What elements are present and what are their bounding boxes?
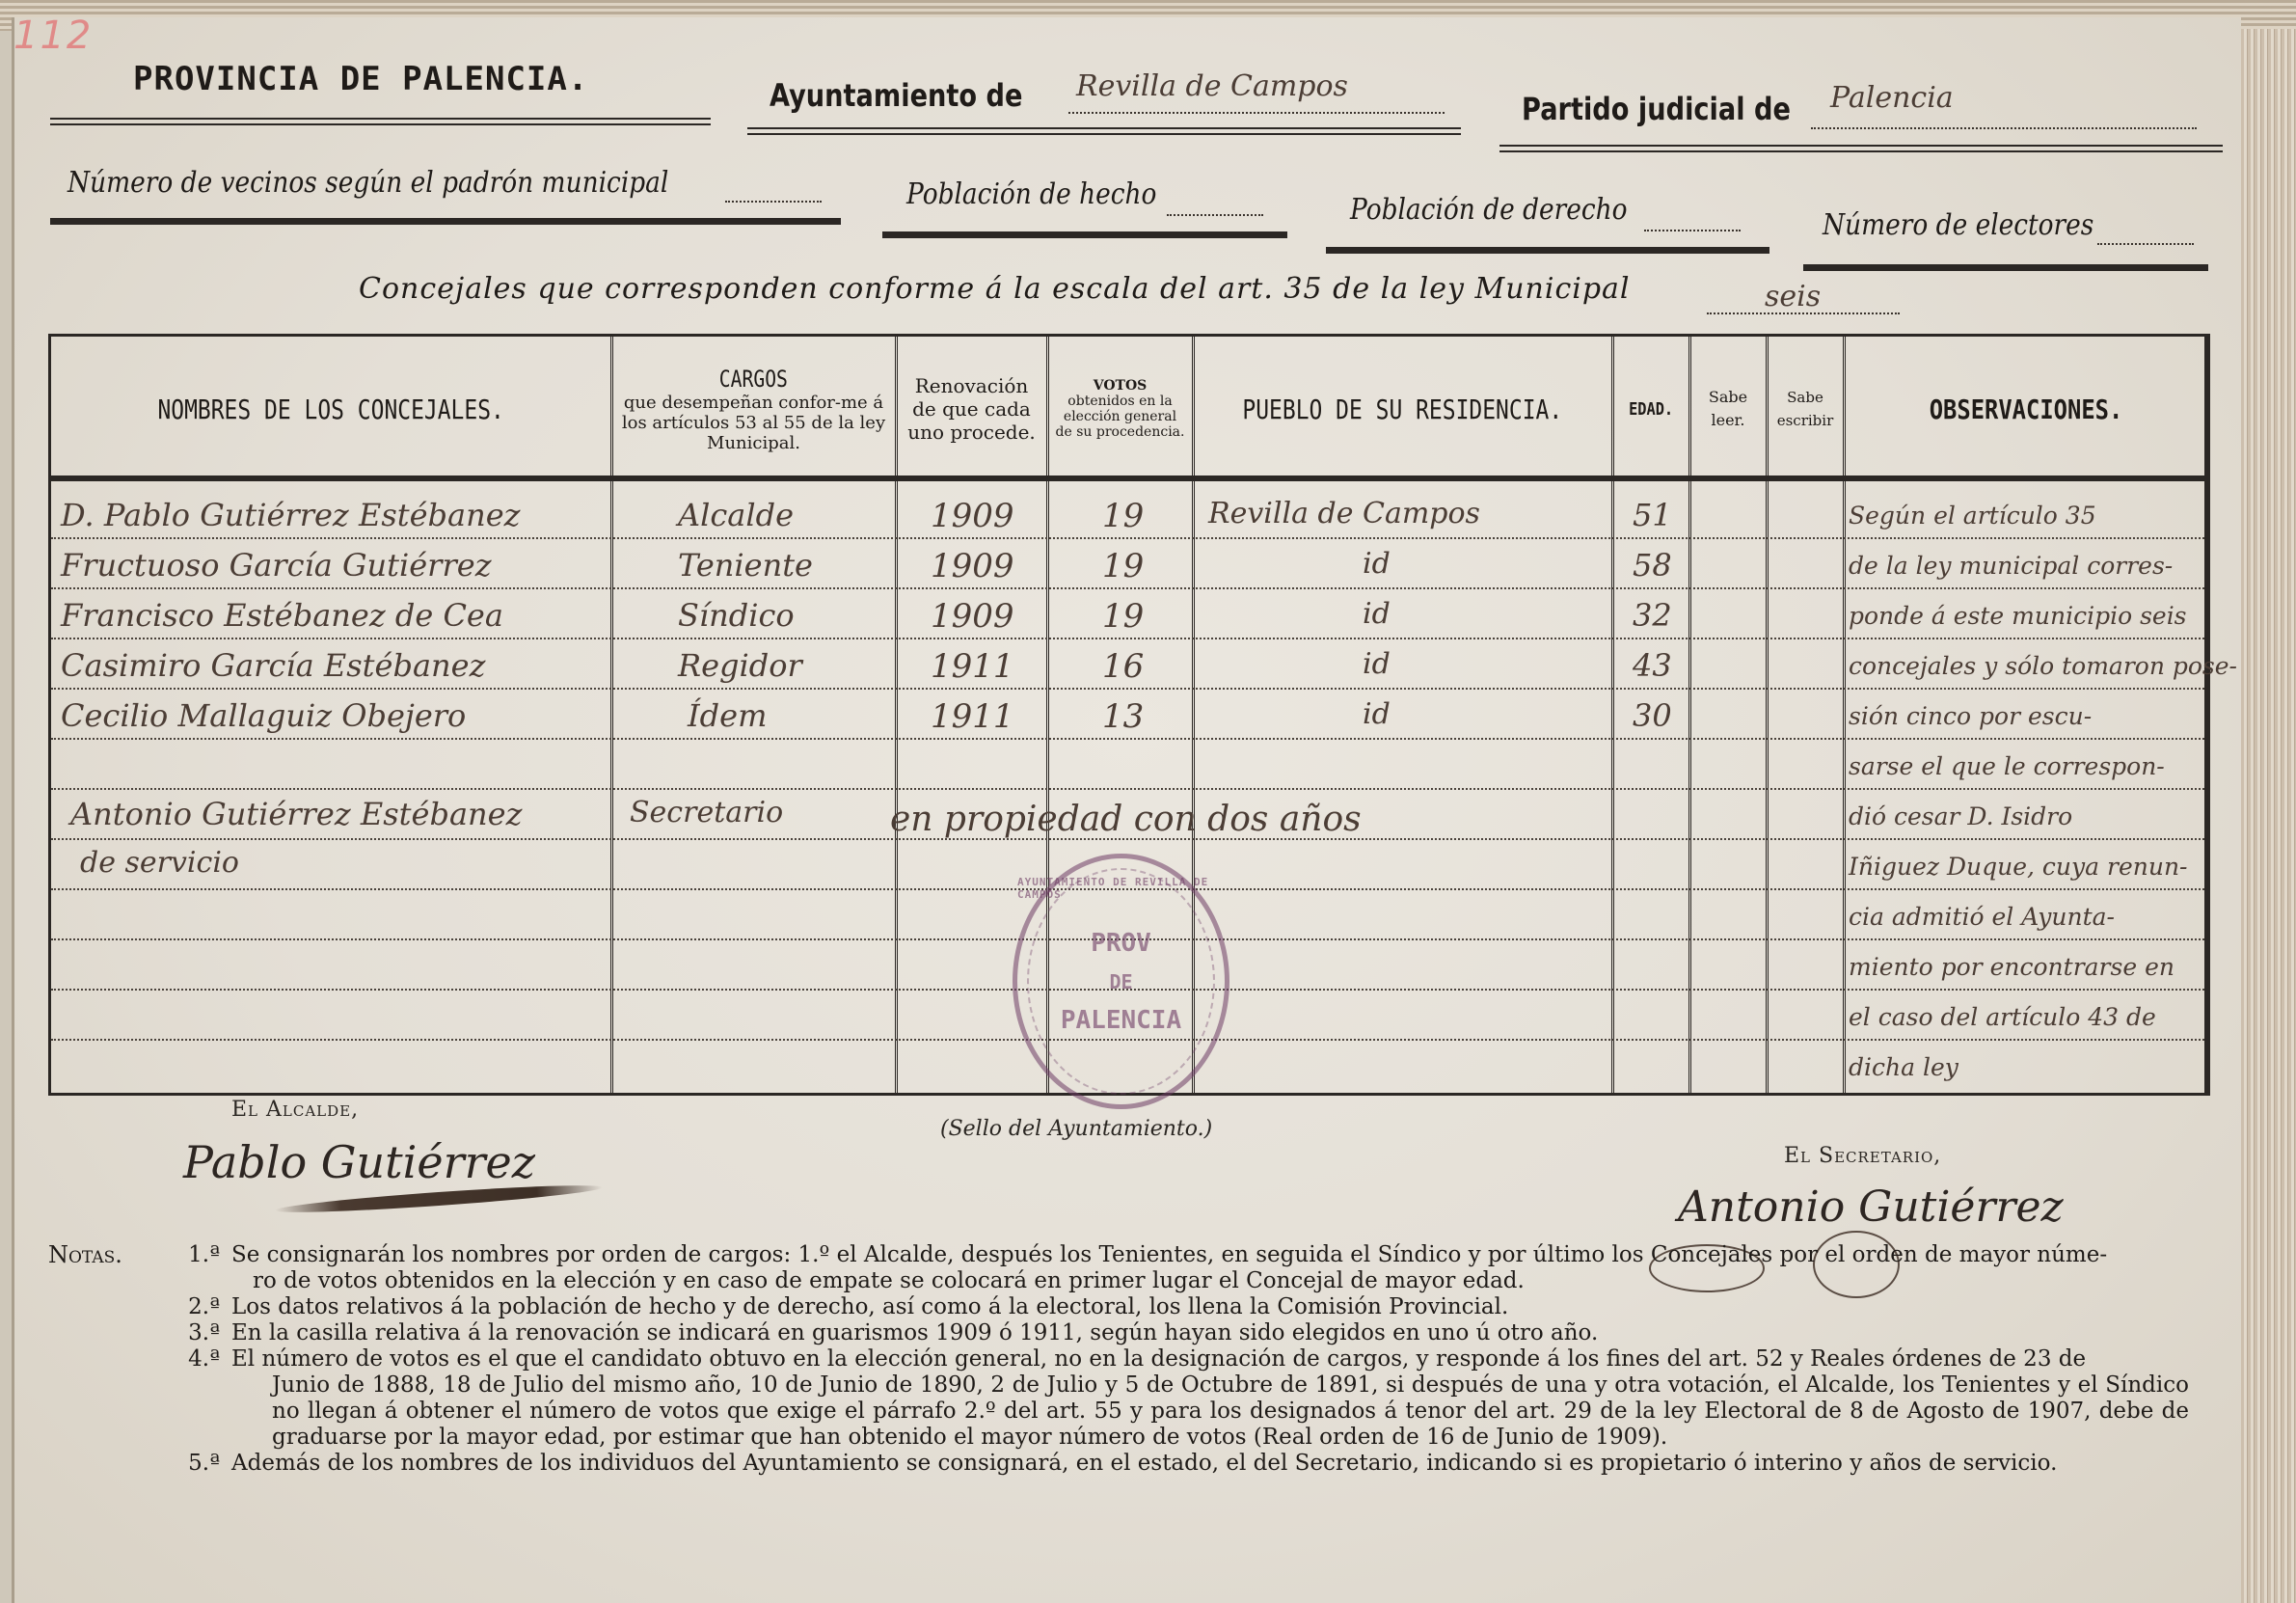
concejales-value: seis <box>1707 280 1821 313</box>
note-item: 5.ª Además de los nombres de los individ… <box>48 1451 2189 1477</box>
cell-secretario-detalle: en propiedad con dos años <box>890 800 1362 839</box>
cell-votos: 19 <box>1102 597 1144 636</box>
vecinos-field[interactable] <box>725 176 822 203</box>
observacion-line: miento por encontrarse en <box>1849 946 2205 996</box>
note-text: El número de votos es el que el candidat… <box>231 1346 2189 1372</box>
header-edad: EDAD. <box>1613 337 1688 481</box>
partido-label: Partido judicial de <box>1522 91 1791 127</box>
note-continuation: Junio de 1888, 18 de Julio del mismo año… <box>48 1372 2189 1451</box>
stamp-ring <box>1027 868 1215 1095</box>
observacion-line: de la ley municipal corres- <box>1849 545 2205 595</box>
header-pueblo: PUEBLO DE SU RESIDENCIA. <box>1194 337 1611 481</box>
cell-secretario-cargo: Secretario <box>630 796 783 829</box>
header-cargos: CARGOS que desempeñan confor-me á los ar… <box>612 337 895 481</box>
electores-field[interactable] <box>2097 218 2194 245</box>
observacion-line: Iñiguez Duque, cuya renun- <box>1849 846 2205 896</box>
cell-votos: 19 <box>1102 547 1144 585</box>
ayuntamiento-label: Ayuntamiento de <box>770 77 1022 114</box>
header-observaciones-text: OBSERVACIONES. <box>1930 394 2123 425</box>
cell-cargo: Teniente <box>678 547 813 584</box>
note-continuation: ro de votos obtenidos en la elección y e… <box>48 1268 2189 1294</box>
note-text: Se consignarán los nombres por orden de … <box>231 1242 2189 1268</box>
note-spacer <box>48 1320 164 1346</box>
cell-pueblo: Revilla de Campos <box>1208 497 1480 530</box>
poblacion-derecho-field[interactable] <box>1644 204 1741 231</box>
cell-renovacion: 1909 <box>931 547 1014 585</box>
cell-nombre: Fructuoso García Gutiérrez <box>61 547 492 584</box>
partido-value: Palencia <box>1811 81 1954 115</box>
cell-nombre: Casimiro García Estébanez <box>61 647 485 684</box>
observaciones-text: Según el artículo 35 de la ley municipal… <box>1849 495 2205 1097</box>
observacion-line: el caso del artículo 43 de <box>1849 996 2205 1046</box>
note-text: Además de los nombres de los individuos … <box>231 1451 2189 1477</box>
note-text: En la casilla relativa á la renovación s… <box>231 1320 2189 1346</box>
concejales-field[interactable]: seis <box>1707 280 1900 314</box>
ayuntamiento-field[interactable]: Revilla de Campos <box>1068 69 1445 114</box>
header-sabe-escribir: Sabe escribir <box>1768 337 1843 481</box>
cell-cargo: Regidor <box>678 647 802 684</box>
observacion-line: dicha ley <box>1849 1046 2205 1097</box>
header-sabe-leer: Sabe leer. <box>1690 337 1766 481</box>
cell-nombre: D. Pablo Gutiérrez Estébanez <box>61 497 521 533</box>
note-item: 2.ª Los datos relativos á la población d… <box>48 1294 2189 1320</box>
concejales-label: Concejales que corresponden conforme á l… <box>359 272 1631 306</box>
cell-cargo: Síndico <box>678 597 795 634</box>
cell-votos: 19 <box>1102 497 1144 535</box>
cell-secretario-servicio: de servicio <box>80 846 239 880</box>
sello-label: (Sello del Ayuntamiento.) <box>940 1117 1212 1141</box>
header-votos-title: VOTOS <box>1094 378 1148 394</box>
divider <box>882 231 1287 238</box>
header-renovacion-text: Renovación de que cada uno procede. <box>905 374 1039 444</box>
stamp-ring-text: AYUNTAMIENTO DE REVILLA DE CAMPOS <box>1017 876 1225 901</box>
note-spacer <box>48 1294 164 1320</box>
observacion-line: Según el artículo 35 <box>1849 495 2205 545</box>
note-number: 4.ª <box>164 1346 231 1372</box>
note-text: Los datos relativos á la población de he… <box>231 1294 2189 1320</box>
divider <box>1803 264 2208 271</box>
header-pueblo-text: PUEBLO DE SU RESIDENCIA. <box>1243 394 1563 425</box>
divider <box>50 218 841 225</box>
cell-renovacion: 1911 <box>931 647 1014 686</box>
note-number: 5.ª <box>164 1451 231 1477</box>
cell-edad: 51 <box>1633 497 1672 533</box>
header-votos: VOTOS obtenidos en la elección general d… <box>1048 337 1192 481</box>
note-number: 3.ª <box>164 1320 231 1346</box>
notes-section: Notas. 1.ª Se consignarán los nombres po… <box>48 1242 2189 1477</box>
cell-edad: 43 <box>1633 647 1672 684</box>
note-spacer <box>48 1346 164 1372</box>
ayuntamiento-value: Revilla de Campos <box>1068 69 1348 103</box>
header-edad-text: EDAD. <box>1629 399 1673 420</box>
header-cargos-title: CARGOS <box>719 366 788 393</box>
alcalde-label: El Alcalde, <box>231 1098 359 1122</box>
provincia-title: PROVINCIA DE PALENCIA. <box>133 60 588 98</box>
cell-votos: 13 <box>1102 697 1144 736</box>
cell-votos: 16 <box>1102 647 1144 686</box>
cell-edad: 32 <box>1633 597 1672 634</box>
cell-edad: 30 <box>1633 697 1672 734</box>
header-votos-sub: obtenidos en la elección general de su p… <box>1054 394 1186 440</box>
header-observaciones: OBSERVACIONES. <box>1845 337 2207 481</box>
notes-label: Notas. <box>48 1242 164 1268</box>
folio-number: 112 <box>14 14 93 58</box>
observacion-line: sión cinco por escu- <box>1849 695 2205 746</box>
observacion-line: dió cesar D. Isidro <box>1849 796 2205 846</box>
secretario-label: El Secretario, <box>1784 1144 1941 1168</box>
divider <box>747 127 1461 135</box>
divider <box>50 118 711 125</box>
note-number: 1.ª <box>164 1242 231 1268</box>
note-number: 2.ª <box>164 1294 231 1320</box>
cell-renovacion: 1911 <box>931 697 1014 736</box>
divider <box>1499 145 2223 152</box>
header-nombres-text: NOMBRES DE LOS CONCEJALES. <box>157 394 503 425</box>
vecinos-label: Número de vecinos según el padrón munici… <box>68 166 668 200</box>
header-sabe-leer-text: Sabe leer. <box>1700 386 1756 432</box>
book-page-edges <box>2241 29 2296 1603</box>
header-nombres: NOMBRES DE LOS CONCEJALES. <box>51 337 610 481</box>
cell-edad: 58 <box>1633 547 1672 584</box>
observacion-line: ponde á este municipio seis <box>1849 595 2205 645</box>
electores-label: Número de electores <box>1823 208 2093 242</box>
note-item: Notas. 1.ª Se consignarán los nombres po… <box>48 1242 2189 1268</box>
cell-pueblo: id <box>1363 647 1391 681</box>
table-header: NOMBRES DE LOS CONCEJALES. CARGOS que de… <box>51 337 2204 481</box>
cell-cargo: Ídem <box>688 697 767 734</box>
alcalde-signature: Pablo Gutiérrez <box>183 1136 535 1188</box>
poblacion-hecho-field[interactable] <box>1167 189 1263 216</box>
poblacion-hecho-label: Población de hecho <box>906 177 1156 211</box>
cell-nombre: Cecilio Mallaguiz Obejero <box>61 697 466 734</box>
poblacion-derecho-label: Población de derecho <box>1350 193 1628 227</box>
cell-pueblo: id <box>1363 597 1391 631</box>
divider <box>1326 247 1769 254</box>
cell-pueblo: id <box>1363 547 1391 581</box>
header-cargos-sub: que desempeñan confor-me á los artículos… <box>619 393 889 453</box>
observacion-line: cia admitió el Ayunta- <box>1849 896 2205 946</box>
partido-field[interactable]: Palencia <box>1811 81 2197 129</box>
observacion-line: concejales y sólo tomaron pose- <box>1849 645 2205 695</box>
cell-secretario-nombre: Antonio Gutiérrez Estébanez <box>70 796 522 832</box>
cell-pueblo: id <box>1363 697 1391 731</box>
secretario-signature: Antonio Gutiérrez <box>1678 1182 2064 1232</box>
cell-renovacion: 1909 <box>931 597 1014 636</box>
cell-nombre: Francisco Estébanez de Cea <box>61 597 503 634</box>
note-spacer <box>48 1451 164 1477</box>
observacion-line: sarse el que le correspon- <box>1849 746 2205 796</box>
header-renovacion: Renovación de que cada uno procede. <box>897 337 1046 481</box>
note-item: 3.ª En la casilla relativa á la renovaci… <box>48 1320 2189 1346</box>
cell-cargo: Alcalde <box>678 497 794 533</box>
cell-renovacion: 1909 <box>931 497 1014 535</box>
ayuntamiento-seal-stamp: AYUNTAMIENTO DE REVILLA DE CAMPOS PROV D… <box>1013 854 1229 1109</box>
note-item: 4.ª El número de votos es el que el cand… <box>48 1346 2189 1372</box>
header-sabe-escribir-text: Sabe escribir <box>1773 386 1837 432</box>
